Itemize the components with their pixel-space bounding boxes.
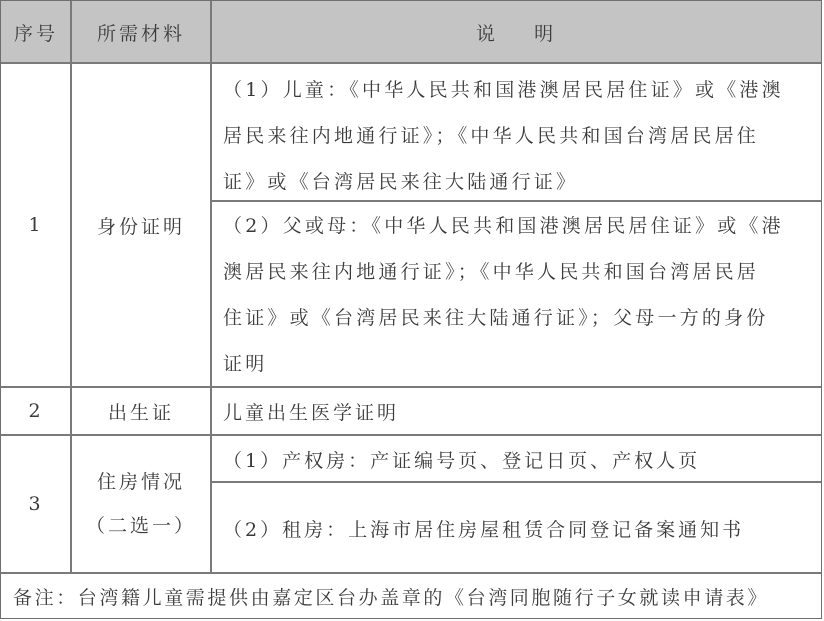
- requirements-table: 序号 所需材料 说 明 1 身份证明 （1）儿童：《中华人民共和国港澳居民居住证…: [0, 0, 822, 619]
- row1-index: 1: [1, 63, 71, 387]
- row3-material: 住房情况 （二选一）: [71, 435, 211, 573]
- row1-item2-line4: 证明: [223, 341, 811, 387]
- row2-description: 儿童出生医学证明: [211, 387, 821, 435]
- header-description: 说 明: [211, 1, 821, 63]
- row3-material-note: （二选一）: [86, 504, 196, 548]
- header-material: 所需材料: [71, 1, 211, 63]
- row1-item2-line3: 住证》或《台湾居民来往大陆通行证》；父母一方的身份: [223, 295, 811, 341]
- row2-index: 2: [1, 387, 71, 435]
- row1-item2-line2: 澳居民来往内地通行证》；《中华人民共和国台湾居民居: [223, 249, 811, 295]
- divider-header: [1, 62, 821, 64]
- table-note: 备注：台湾籍儿童需提供由嘉定区台办盖章的《台湾同胞随行子女就读申请表》: [1, 573, 821, 620]
- divider-col2: [210, 1, 212, 573]
- row1-item1-line1: （1）儿童：《中华人民共和国港澳居民居住证》或《港澳: [223, 67, 811, 113]
- divider-col1: [70, 1, 72, 573]
- row1-item1-line3: 证》或《台湾居民来往大陆通行证》: [223, 159, 811, 205]
- divider-row3-sub: [210, 481, 821, 483]
- row3-index: 3: [1, 435, 71, 573]
- row1-item2-line1: （2）父或母：《中华人民共和国港澳居民居住证》或《港: [223, 203, 811, 249]
- row1-material: 身份证明: [71, 63, 211, 387]
- row1-item1: （1）儿童：《中华人民共和国港澳居民居住证》或《港澳 居民来往内地通行证》；《中…: [211, 67, 821, 205]
- row3-item2: （2）租房：上海市居住房屋租赁合同登记备案通知书: [211, 483, 821, 573]
- header-index: 序号: [1, 1, 71, 63]
- row3-material-label: 住房情况: [97, 460, 185, 504]
- row1-item1-line2: 居民来往内地通行证》；《中华人民共和国台湾居民居住: [223, 113, 811, 159]
- row2-material: 出生证: [71, 387, 211, 435]
- row1-item2: （2）父或母：《中华人民共和国港澳居民居住证》或《港 澳居民来往内地通行证》；《…: [211, 203, 821, 387]
- divider-row2: [1, 434, 821, 436]
- divider-row1-sub: [210, 200, 821, 202]
- row3-item1: （1）产权房：产证编号页、登记日页、产权人页: [211, 435, 821, 483]
- divider-row3: [1, 572, 821, 574]
- divider-row1: [1, 386, 821, 388]
